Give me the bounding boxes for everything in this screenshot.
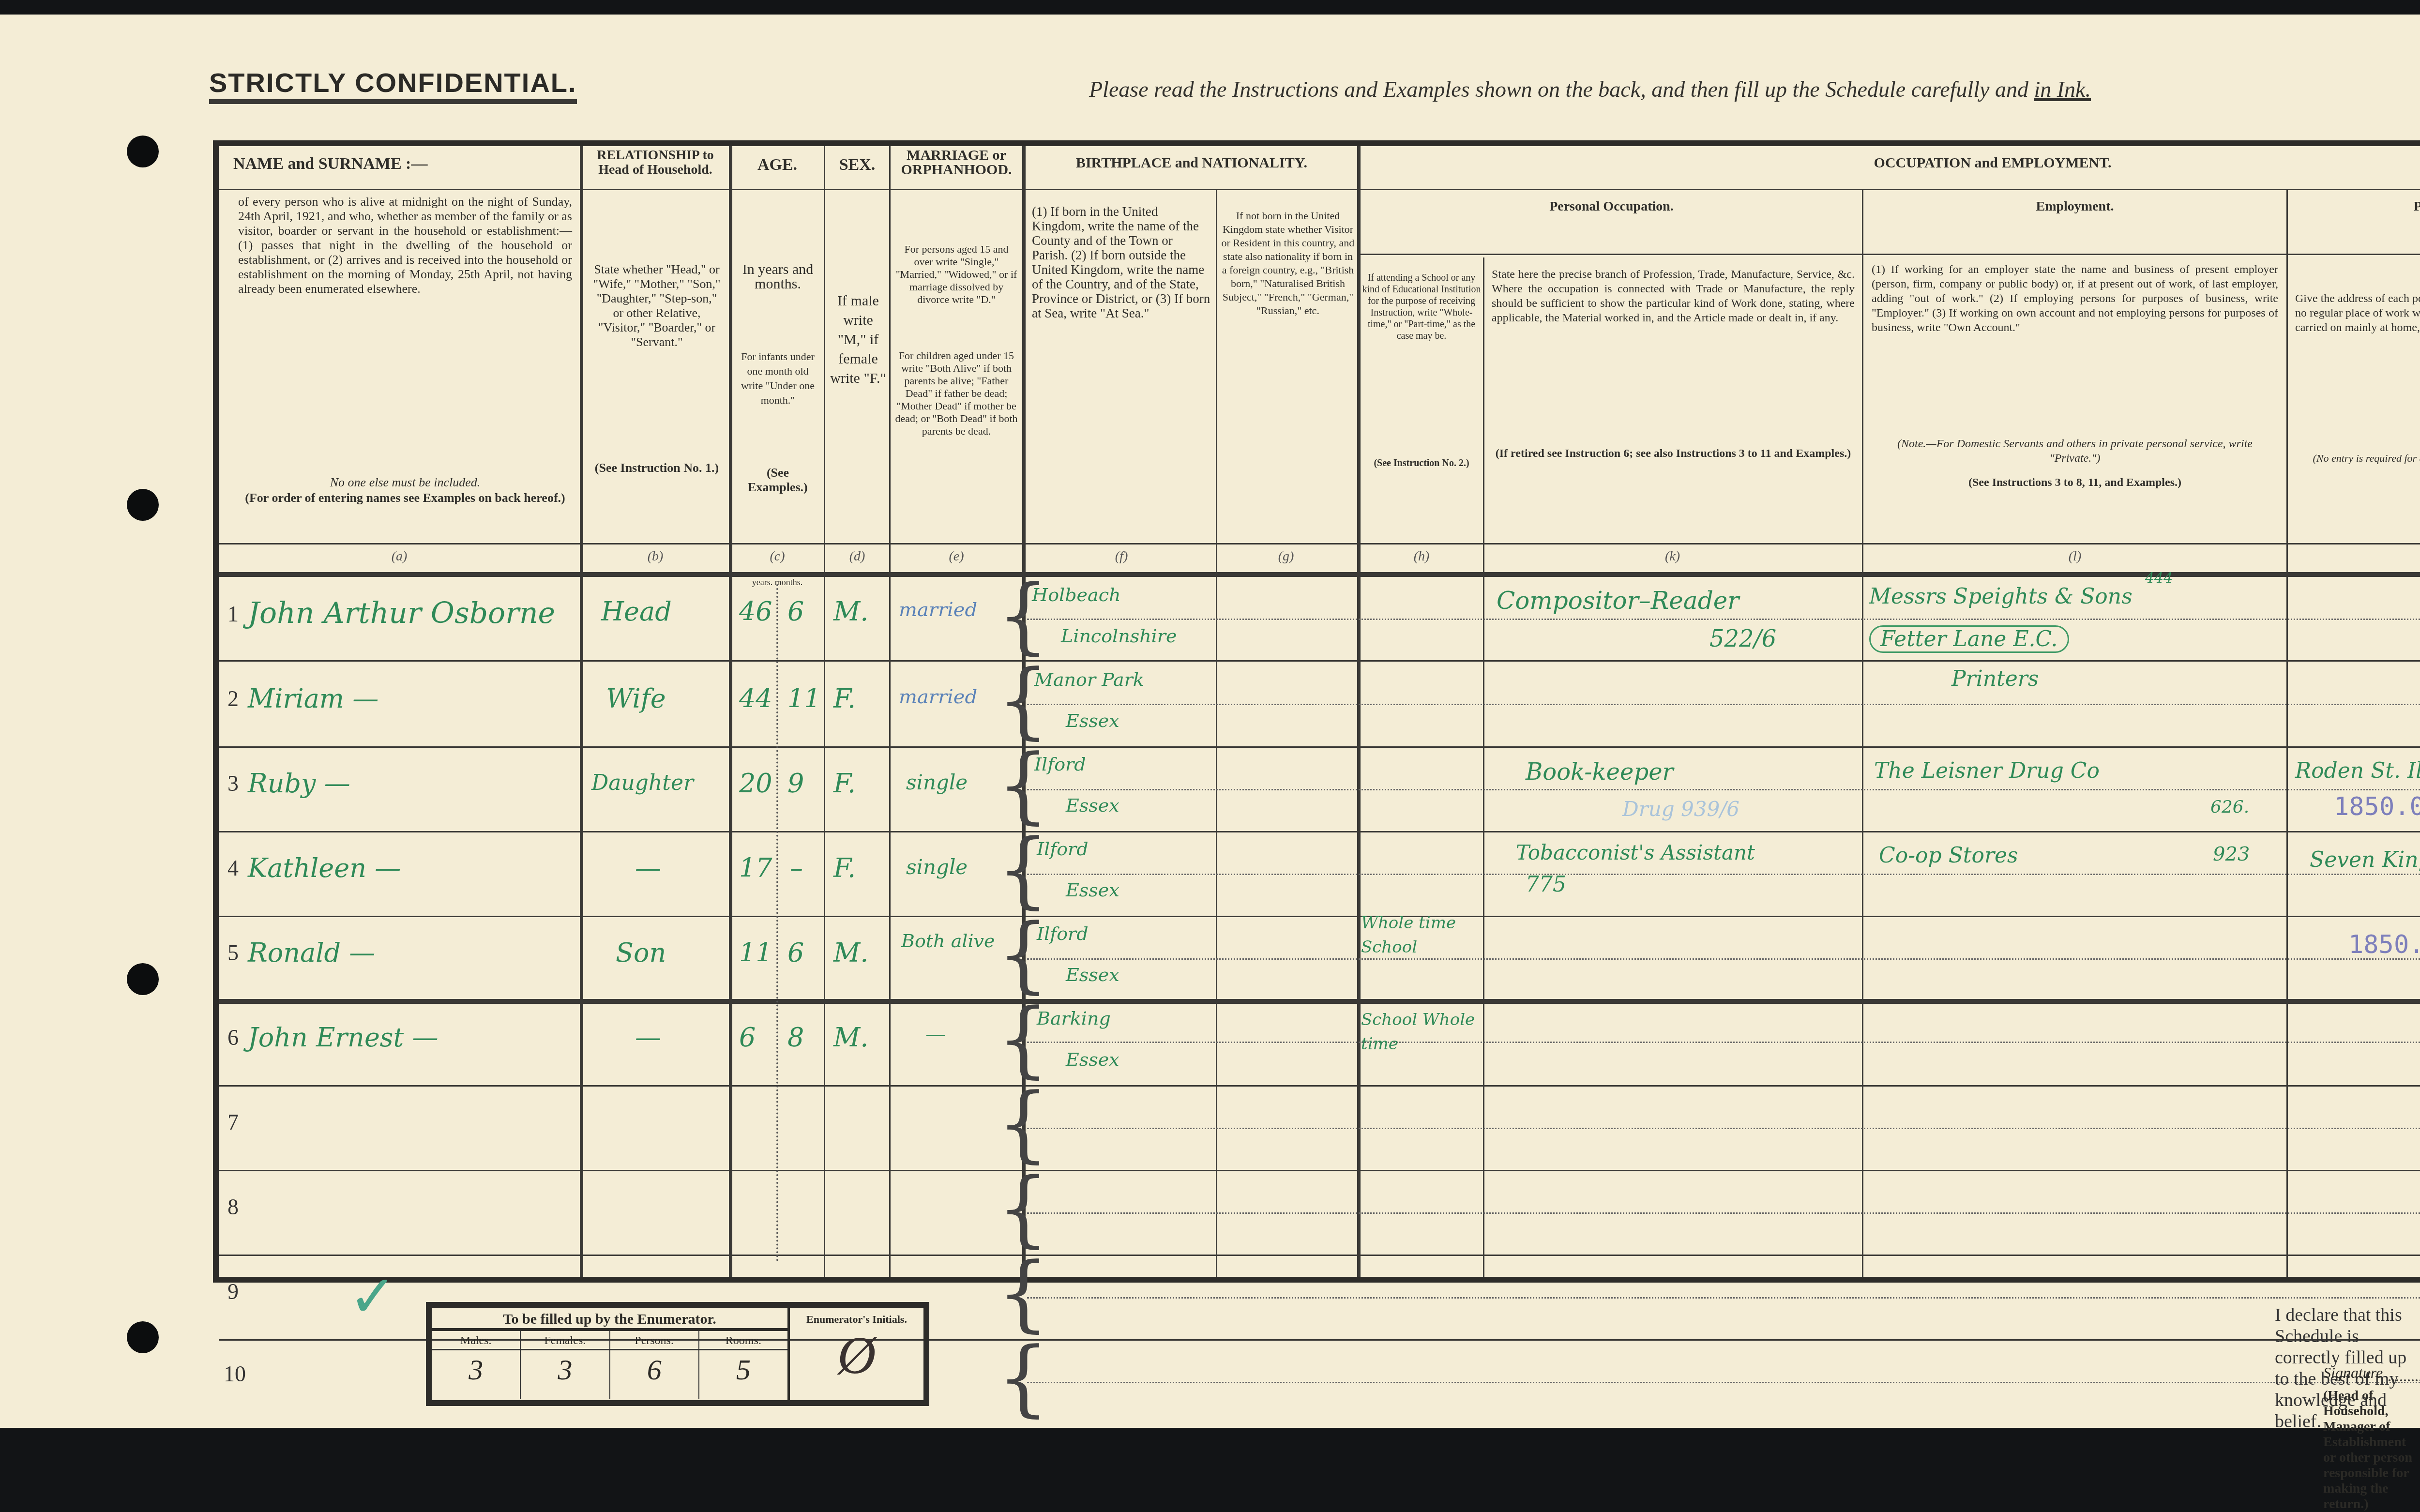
row-number: 5 bbox=[227, 940, 239, 966]
sex[interactable]: F. bbox=[833, 768, 856, 799]
place-code-stamp: 1850.07 bbox=[2348, 930, 2420, 959]
check-mark-icon: ✓ bbox=[348, 1263, 397, 1331]
females-value[interactable]: 3 bbox=[521, 1350, 609, 1389]
relationship[interactable]: — bbox=[635, 853, 661, 883]
sex[interactable]: M. bbox=[833, 1022, 868, 1053]
col-e-letter: (e) bbox=[892, 549, 1021, 564]
row-number: 2 bbox=[227, 686, 239, 711]
col-g-letter: (g) bbox=[1216, 549, 1356, 564]
census-form-table: NAME and SURNAME :— of every person who … bbox=[213, 140, 2420, 1283]
row-number: 9 bbox=[227, 1279, 239, 1304]
row-number: 3 bbox=[227, 771, 239, 796]
place-of-work[interactable]: Seven Kings Branch bbox=[2310, 843, 2420, 877]
relationship[interactable]: Head bbox=[601, 596, 672, 627]
col-l-note: (Note.—For Domestic Servants and others … bbox=[1872, 437, 2278, 466]
col-d-body: If male write "M," if female write "F." bbox=[830, 291, 887, 388]
person-name[interactable]: Ruby — bbox=[248, 768, 350, 799]
dotted-guide bbox=[1027, 1297, 2420, 1299]
males-label: Males. bbox=[432, 1331, 520, 1350]
row-rule bbox=[219, 916, 2420, 917]
brace: { bbox=[997, 1083, 1049, 1165]
age-years[interactable]: 11 bbox=[739, 937, 772, 968]
birthplace-title: BIRTHPLACE and NATIONALITY. bbox=[1027, 156, 1356, 170]
punch-hole bbox=[127, 963, 159, 995]
employer-name[interactable]: Co-op Stores bbox=[1879, 843, 2018, 868]
birthplace-county[interactable]: Lincolnshire bbox=[1061, 625, 1177, 647]
col-l-see: (See Instructions 3 to 8, 11, and Exampl… bbox=[1872, 475, 2278, 490]
rule bbox=[219, 189, 2420, 190]
males-value[interactable]: 3 bbox=[432, 1350, 520, 1389]
personal-occupation-title: Personal Occupation. bbox=[1361, 199, 1862, 214]
employment-title: Employment. bbox=[1864, 199, 2285, 214]
females-label: Females. bbox=[521, 1331, 609, 1350]
col-c-note: (See Examples.) bbox=[737, 466, 819, 495]
col-h-letter: (h) bbox=[1361, 549, 1482, 564]
occupation-title: OCCUPATION and EMPLOYMENT. bbox=[1361, 156, 2420, 170]
divider bbox=[1483, 257, 1484, 1277]
rooms-value[interactable]: 5 bbox=[699, 1350, 787, 1389]
birthplace-town[interactable]: Ilford bbox=[1037, 838, 1089, 860]
col-b-letter: (b) bbox=[583, 549, 728, 564]
age-months[interactable]: 6 bbox=[787, 937, 804, 968]
marital-status[interactable]: married bbox=[899, 686, 977, 708]
brace: { bbox=[997, 1337, 1049, 1419]
in-ink-text: in Ink. bbox=[2034, 77, 2091, 102]
col-g-body: If not born in the United Kingdom state … bbox=[1221, 209, 1355, 318]
col-l-letter: (l) bbox=[1864, 549, 2285, 564]
years-label: years. bbox=[752, 577, 772, 587]
col-a-note: No one else must be included. bbox=[238, 475, 572, 490]
person-name[interactable]: Kathleen — bbox=[248, 853, 401, 883]
signature-line bbox=[2389, 1379, 2420, 1381]
dotted-guide bbox=[1027, 1128, 2420, 1129]
punch-hole bbox=[127, 136, 159, 167]
age-subheader: years. months. bbox=[732, 575, 823, 590]
birthplace-town[interactable]: Ilford bbox=[1037, 923, 1089, 944]
col-d-title: SEX. bbox=[826, 156, 888, 174]
enumerator-box-title: To be filled up by the Enumerator. bbox=[432, 1308, 787, 1331]
row-rule bbox=[219, 999, 2420, 1004]
col-m-body: Give the address of each person's place … bbox=[2295, 291, 2420, 335]
age-months[interactable]: 8 bbox=[787, 1022, 804, 1053]
row-number: 6 bbox=[227, 1025, 239, 1050]
place-of-work[interactable]: Roden St. Ilford bbox=[2295, 758, 2420, 783]
divider bbox=[2286, 190, 2288, 1277]
divider bbox=[580, 146, 583, 1277]
instructions-banner: Please read the Instructions and Example… bbox=[1089, 76, 2091, 102]
page-title: STRICTLY CONFIDENTIAL. bbox=[209, 67, 577, 104]
rule bbox=[219, 543, 2420, 544]
signature-label: Signature bbox=[2323, 1364, 2383, 1382]
divider bbox=[889, 146, 891, 1277]
punch-hole bbox=[127, 489, 159, 521]
birthplace-town[interactable]: Barking bbox=[1037, 1008, 1111, 1029]
row-number: 10 bbox=[224, 1361, 246, 1387]
occupation-code[interactable]: Drug 939/6 bbox=[1622, 797, 1739, 821]
col-h-note: (See Instruction No. 2.) bbox=[1361, 456, 1482, 470]
instructions-text: Please read the Instructions and Example… bbox=[1089, 77, 2034, 102]
enumerator-totals-box: To be filled up by the Enumerator. Males… bbox=[426, 1302, 929, 1406]
sex[interactable]: M. bbox=[833, 596, 868, 627]
age-months[interactable]: 11 bbox=[787, 683, 821, 714]
col-a-body: of every person who is alive at midnight… bbox=[238, 195, 572, 296]
col-f-body: (1) If born in the United Kingdom, write… bbox=[1032, 204, 1211, 320]
employer-name[interactable]: The Leisner Drug Co bbox=[1874, 758, 2100, 783]
age-divider bbox=[776, 584, 778, 1262]
dotted-guide bbox=[1027, 619, 2420, 620]
dotted-guide bbox=[1027, 958, 2420, 960]
col-k-letter: (k) bbox=[1483, 549, 1862, 564]
school-attendance[interactable]: Whole time School bbox=[1361, 911, 1482, 959]
persons-label: Persons. bbox=[610, 1331, 698, 1350]
col-c-title: AGE. bbox=[732, 156, 823, 174]
col-b-body: State whether "Head," or "Wife," "Mother… bbox=[591, 262, 722, 349]
dotted-guide bbox=[1027, 1212, 2420, 1214]
birthplace-county[interactable]: Essex bbox=[1066, 879, 1119, 901]
birthplace-county[interactable]: Essex bbox=[1066, 964, 1119, 985]
row-number: 8 bbox=[227, 1194, 239, 1220]
age-years[interactable]: 6 bbox=[739, 1022, 756, 1053]
person-name[interactable]: Miriam — bbox=[248, 683, 378, 714]
age-months[interactable]: – bbox=[790, 853, 803, 883]
sex[interactable]: F. bbox=[833, 853, 856, 883]
dotted-guide bbox=[1027, 874, 2420, 875]
col-b-note: (See Instruction No. 1.) bbox=[591, 461, 722, 475]
marital-status[interactable]: single bbox=[906, 855, 968, 879]
divider bbox=[824, 146, 825, 1277]
divider bbox=[1216, 190, 1217, 1277]
relationship[interactable]: Wife bbox=[606, 683, 666, 714]
col-a-letter: (a) bbox=[219, 549, 580, 564]
rooms-label: Rooms. bbox=[699, 1331, 787, 1350]
marital-status[interactable]: Both alive bbox=[901, 930, 998, 952]
col-h-body: If attending a School or any kind of Edu… bbox=[1361, 272, 1482, 342]
row-rule bbox=[219, 1170, 2420, 1171]
relationship[interactable]: Son bbox=[616, 937, 666, 968]
col-k-body: State here the precise branch of Profess… bbox=[1492, 267, 1855, 325]
employer-business[interactable]: Printers bbox=[1951, 666, 2039, 691]
rule bbox=[1357, 254, 2420, 255]
row-number: 7 bbox=[227, 1109, 239, 1135]
occupation-code[interactable]: 775 bbox=[1526, 872, 1566, 897]
divider bbox=[1357, 146, 1361, 1277]
row-rule bbox=[219, 746, 2420, 748]
place-of-work-title: Place of Work. bbox=[2289, 199, 2420, 214]
marital-status[interactable]: married bbox=[899, 599, 977, 621]
employment-code[interactable]: 626. bbox=[2210, 797, 2249, 817]
dotted-guide bbox=[1027, 789, 2420, 790]
age-years[interactable]: 17 bbox=[739, 853, 772, 883]
col-l-body: (1) If working for an employer state the… bbox=[1872, 262, 2278, 335]
col-m-note: (No entry is required for any person who… bbox=[2295, 451, 2420, 466]
col-a-title: NAME and SURNAME :— bbox=[233, 155, 572, 173]
employment-code[interactable]: 923 bbox=[2213, 843, 2250, 865]
birthplace-town[interactable]: Manor Park bbox=[1034, 669, 1144, 690]
col-c-infants: For infants under one month old write "U… bbox=[737, 349, 819, 408]
rule bbox=[219, 572, 2420, 577]
age-years[interactable]: 20 bbox=[739, 768, 772, 799]
school-attendance[interactable]: School Whole time bbox=[1361, 1008, 1482, 1056]
row-rule bbox=[219, 1085, 2420, 1087]
col-b-title: RELATIONSHIP to Head of Household. bbox=[583, 148, 728, 177]
marital-status[interactable]: single bbox=[906, 771, 968, 794]
col-f-letter: (f) bbox=[1027, 549, 1216, 564]
sex[interactable]: M. bbox=[833, 937, 868, 968]
initials-value[interactable]: Ø bbox=[790, 1331, 923, 1379]
person-name[interactable]: Ronald — bbox=[248, 937, 375, 968]
occupation[interactable]: Compositor–Reader bbox=[1497, 587, 1739, 615]
birthplace-county[interactable]: Essex bbox=[1066, 795, 1119, 816]
persons-value[interactable]: 6 bbox=[610, 1350, 698, 1389]
person-name[interactable]: John Arthur Osborne bbox=[248, 596, 555, 630]
months-label: months. bbox=[775, 577, 803, 587]
col-a-order: (For order of entering names see Example… bbox=[238, 491, 572, 505]
relationship[interactable]: Daughter bbox=[591, 771, 694, 795]
brace: { bbox=[997, 1252, 1049, 1334]
col-c-body: In years and months. bbox=[737, 262, 819, 291]
col-e-title: MARRIAGE or ORPHANHOOD. bbox=[892, 148, 1021, 177]
age-months[interactable]: 9 bbox=[787, 768, 804, 799]
signature-note: (Head of Household, Manager of Establish… bbox=[2323, 1388, 2420, 1465]
employer-name[interactable]: Messrs Speights & Sons bbox=[1869, 584, 2133, 609]
birthplace-county[interactable]: Essex bbox=[1066, 710, 1119, 731]
divider bbox=[1862, 190, 1863, 1277]
sex[interactable]: F. bbox=[833, 683, 856, 714]
person-name[interactable]: John Ernest — bbox=[248, 1022, 438, 1053]
age-months[interactable]: 6 bbox=[787, 596, 804, 627]
dotted-guide bbox=[1027, 1042, 2420, 1043]
relationship[interactable]: — bbox=[635, 1022, 661, 1053]
birthplace-town[interactable]: Holbeach bbox=[1032, 584, 1120, 605]
age-years[interactable]: 44 bbox=[739, 683, 772, 714]
dotted-guide bbox=[1027, 1382, 2420, 1383]
employer-address[interactable]: Fetter Lane E.C. bbox=[1869, 625, 2069, 653]
row-number: 4 bbox=[227, 855, 239, 881]
employment-code[interactable]: 444 bbox=[2145, 570, 2173, 587]
birthplace-town[interactable]: Ilford bbox=[1034, 754, 1086, 775]
divider bbox=[729, 146, 732, 1277]
row-rule bbox=[219, 831, 2420, 832]
age-years[interactable]: 46 bbox=[739, 596, 772, 627]
col-m-letter: (m) bbox=[2289, 549, 2420, 564]
place-code-stamp: 1850.05 bbox=[2334, 792, 2420, 821]
occupation-code[interactable]: 522/6 bbox=[1709, 625, 1776, 652]
punch-hole bbox=[127, 1321, 159, 1353]
col-c-letter: (c) bbox=[732, 549, 823, 564]
brace: { bbox=[997, 1167, 1049, 1250]
col-e-body: For persons aged 15 and over write "Sing… bbox=[894, 243, 1019, 306]
col-k-note: (If retired see Instruction 6; see also … bbox=[1492, 446, 1855, 461]
row-rule bbox=[219, 660, 2420, 662]
row-number: 1 bbox=[227, 601, 239, 627]
occupation[interactable]: Tobacconist's Assistant bbox=[1516, 838, 1787, 867]
row-rule bbox=[219, 1255, 2420, 1256]
col-e-children: For children aged under 15 write "Both A… bbox=[894, 349, 1019, 438]
birthplace-county[interactable]: Essex bbox=[1066, 1049, 1119, 1070]
col-d-letter: (d) bbox=[826, 549, 888, 564]
occupation[interactable]: Book-keeper bbox=[1526, 758, 1674, 786]
marital-status[interactable]: — bbox=[925, 1022, 946, 1046]
dotted-guide bbox=[1027, 704, 2420, 705]
